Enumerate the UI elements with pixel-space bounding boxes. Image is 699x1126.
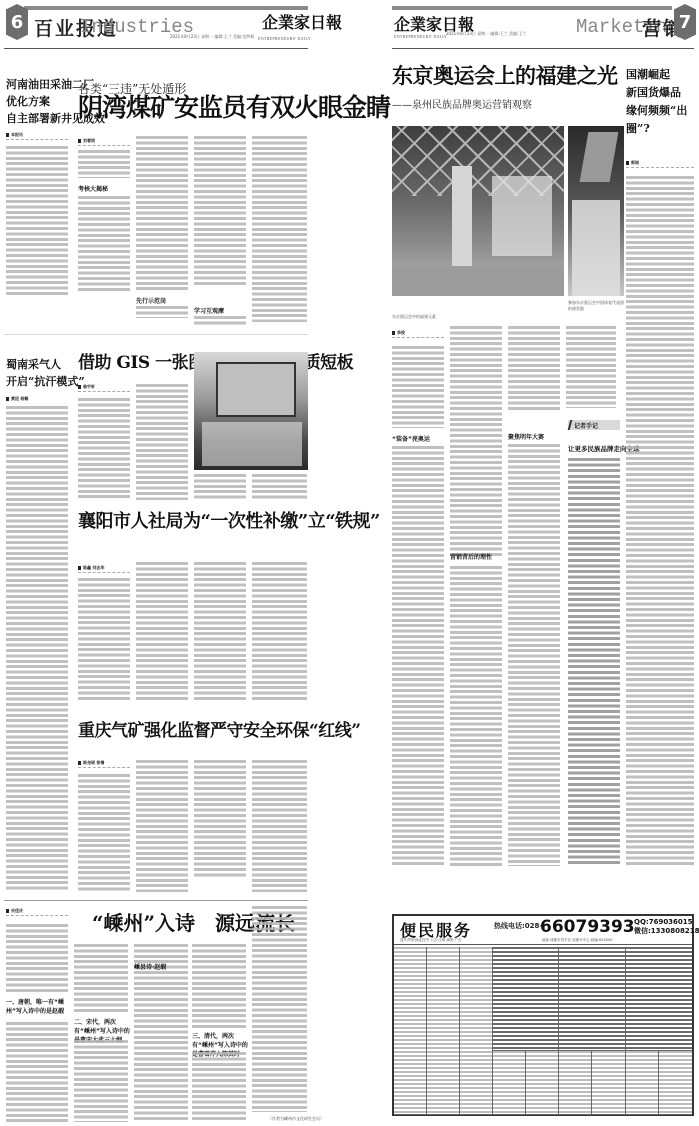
ad-listing [394,947,427,1115]
callout-body [568,458,620,866]
header-rule [4,48,308,49]
article-title-guochao: 国潮崛起 新国货爆品 缘何频频“出圈”? [626,66,699,138]
ad-phone-prefix: 热线电话:028- [494,921,542,931]
article-body-shengzhou-4 [74,1040,128,1122]
article-body-chongqing-2 [136,760,188,892]
byline-rule [6,915,68,916]
byline-henan: 本报讯 [6,132,23,138]
article-body-yinwan-6 [194,316,246,326]
article-body-shengzhou-8 [252,906,307,1112]
byline-shunan: 黄迎 杨鹤 [6,396,28,402]
subhead: 嵊县诗·赵嘏 [134,962,166,971]
subhead: 一、唐朝，唯一有“嵊州”写入诗中的是赵嘏 [6,998,70,1016]
callout-label-box: 记者手记 [568,420,620,430]
classified-ad-box: 便民服务 热线电话:028- 66079393 QQ:769036015 微信:… [392,914,694,1116]
flag-shape [580,132,619,182]
header-rule [392,48,694,49]
author-note: （作者为嵊州市文化研究会员） [268,1116,324,1122]
article-body-chongqing-4 [252,760,307,892]
title-line: 新国货爆品 [626,84,699,102]
byline-tokyo: 李俊 [392,330,405,336]
article-body-tokyo-1 [392,346,444,428]
byline-rule [78,145,130,146]
byline-rule [78,767,130,768]
article-body-yinwan-4 [136,306,188,318]
athletes-shape [572,200,620,296]
article-body-yinwan-2 [78,196,130,292]
byline-chongqing: 陈尧瑶 徐倩 [78,760,104,766]
article-body-chongqing-1 [78,774,130,892]
headline-xiangyang: 襄阳市人社局为“一次性补缴”立“铁规” [78,512,380,532]
article-body-shengzhou-6 [192,944,246,1028]
byline-rule [392,337,444,338]
issue-line: 2021年8月23日 星期一 编辑:王兰 美编:范梦莉 [170,34,254,40]
title-line: 缘何频频“出圈”? [626,102,699,138]
byline-rule [6,139,68,140]
article-body-shengzhou-3 [74,944,128,1014]
page-number-badge: 6 [6,4,28,40]
page-number-badge: 7 [674,4,696,40]
article-body-shunan [6,406,68,892]
byline-yinwan: 刘春雨 [78,138,95,144]
headline-tokyo: 东京奥运会上的福建之光 [392,64,618,87]
ad-listing [559,947,626,1051]
byline-shengzhou: 宋佳庆 [6,908,23,914]
article-body-gis-3 [194,474,246,500]
ad-listing [559,1051,592,1115]
ad-phone: 66079393 [540,917,635,937]
article-body-xiangyang-3 [194,562,246,702]
article-body-tokyo-3 [450,326,502,556]
article-body-xiangyang-1 [78,578,130,702]
article-body-shengzhou-7 [192,1052,246,1122]
byline-guochao: 郭刚 [626,160,639,166]
article-body-tokyo-5 [508,326,560,412]
ad-contact: QQ:769036015 微信:13308082189 [634,918,699,936]
subhead: 营销背后的理性 [450,552,492,561]
subtitle-tokyo: ——泉州民族品牌奥运营销观察 [392,96,532,111]
article-body-tokyo-2 [392,446,444,866]
ad-listing [526,1051,559,1115]
title-line: 开启“抗汗模式” [6,373,85,390]
ad-listing [626,947,692,1051]
ad-listing [493,947,559,1051]
issue-line: 2021年8月23日 星期一 编辑:王兰 美编:王兰 [446,31,526,37]
masthead-en: ENTREPRENEURS' DAILY [258,36,311,41]
article-body-gis-1 [78,398,130,498]
ad-subtitle: 遗失声明·换证挂失·公告·注销·减资·广告 [400,938,462,943]
floor [392,266,564,296]
section-divider [4,334,308,335]
article-body-yinwan-7 [252,136,307,322]
article-body-yinwan-3 [136,136,188,290]
ad-listing [592,1051,626,1115]
photo-podium-uniform [568,126,624,296]
article-body-henan [6,146,68,296]
left-page: 6 百业报道 Industries 2021年8月23日 星期一 编辑:王兰 美… [0,0,350,1126]
ad-listing [493,1051,526,1115]
ad-listings-grid [394,944,692,1114]
byline-rule [78,572,130,573]
ad-listing [626,1051,659,1115]
subhead: 聚焦明年大赛 [508,432,544,441]
right-page: 企業家日報 ENTREPRENEURS' DAILY 2021年8月23日 星期… [350,0,699,1126]
article-body-tokyo-6 [508,444,560,866]
byline-gis: 翁宇轩 [78,384,95,390]
photo-caption-1: 东京奥运会中的福建元素 [392,314,436,320]
byline-rule [78,391,130,392]
ad-wechat: 微信:13308082189 [634,927,699,936]
article-body-xiangyang-4 [252,562,307,702]
photo-caption-2: 参加东京奥运会中国体育代表团的颁奖服 [568,300,626,312]
display-wall [492,176,552,256]
subhead: 考核大揭秘 [78,184,108,193]
headline-chongqing: 重庆气矿强化监督严守安全环保“红线” [78,722,361,741]
subhead: 先行示范岗 [136,296,166,305]
article-title-shunan: 蜀南采气人 开启“抗汗模式” [6,356,85,390]
callout-label: 记者手记 [574,421,598,430]
headline-yinwan: 阴湾煤矿安监员有双火眼金睛 [78,94,390,122]
title-line: 国潮崛起 [626,66,699,84]
masthead-en: ENTREPRENEURS' DAILY [394,34,447,39]
ad-listing [427,947,460,1115]
article-body-yinwan-5 [194,136,246,286]
byline-xiangyang: 陈鑫 刘志华 [78,565,104,571]
article-body-shengzhou-1 [6,924,68,994]
subhead: “装备”亮奥运 [392,434,430,443]
subhead: 学习互观摩 [194,306,224,315]
article-body-yinwan-1 [78,150,130,178]
ad-qq: QQ:769036015 [634,918,699,927]
ad-address: 地址:成都市青羊区 成都市中心 邮编:610000 [542,938,612,943]
section-divider [4,900,308,901]
article-body-tokyo-7 [566,326,616,408]
masthead: 企業家日報 [262,10,342,33]
article-body-tokyo-4 [450,566,502,866]
article-body-gis-2 [136,384,188,500]
article-body-gis-4 [252,474,307,500]
title-line: 蜀南采气人 [6,356,85,373]
article-body-chongqing-3 [194,760,246,878]
photo-olympics-exhibit [392,126,564,296]
photo-gis-screen [194,352,308,470]
header-top-bar [392,6,672,10]
screen-shape [216,362,296,417]
byline-rule [626,167,694,168]
article-body-shengzhou-2 [6,1022,68,1122]
photo-highlight [202,422,302,466]
ad-listing [659,1051,692,1115]
ad-listing [460,947,493,1115]
article-body-guochao [626,176,694,866]
article-body-xiangyang-2 [136,562,188,702]
